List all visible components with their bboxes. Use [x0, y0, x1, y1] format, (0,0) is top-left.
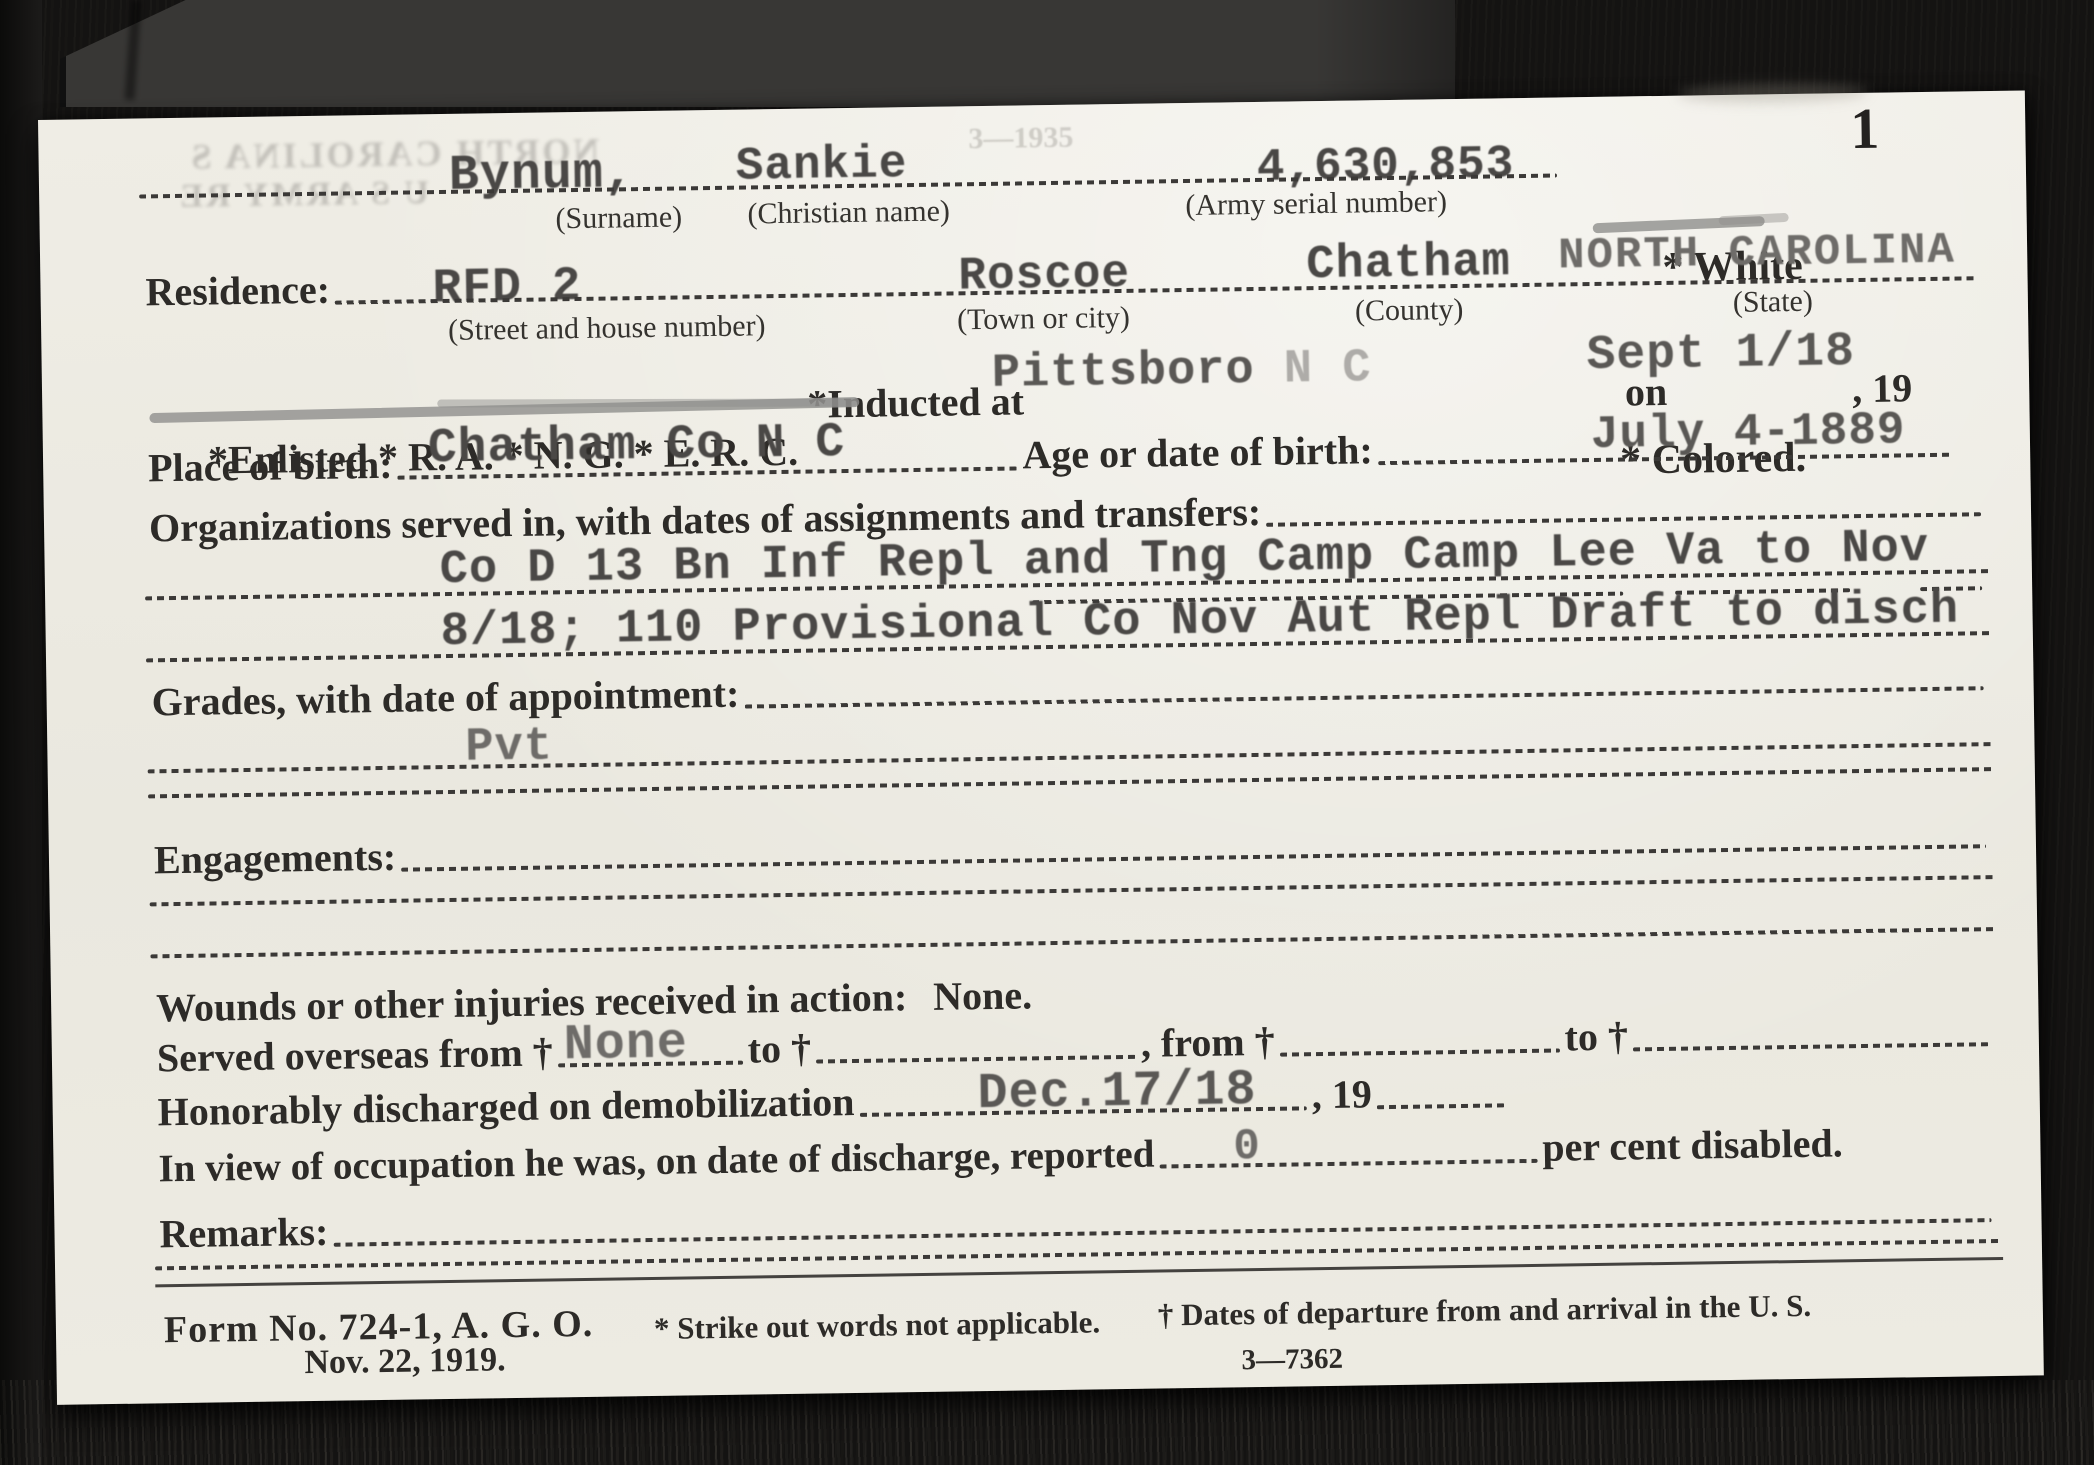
binder-left-edge — [0, 0, 42, 1465]
birthdate-line — [1378, 453, 1950, 465]
engagements-label: Engagements: — [154, 833, 397, 884]
faint-print-code-ghost: 3—1935 — [968, 121, 1073, 157]
print-code: 3—7362 — [1241, 1343, 1343, 1378]
overseas-label: Served overseas from † — [157, 1028, 553, 1081]
street-caption: (Street and house number) — [448, 309, 766, 348]
engagements-rule-2 — [150, 927, 1995, 958]
enlistment-strike-line2 — [437, 398, 857, 407]
wounds-value: None. — [933, 971, 1033, 1019]
form-date: Nov. 22, 1919. — [304, 1341, 506, 1382]
wounds-label: Wounds or other injuries received in act… — [156, 973, 908, 1031]
county-caption: (County) — [1355, 293, 1464, 329]
engagements-rule-1 — [150, 875, 1995, 906]
overseas-to2-label: to † — [1564, 1013, 1628, 1061]
disability-line — [1160, 1159, 1538, 1169]
discharge-date-line — [860, 1106, 1307, 1117]
overseas-from2-line — [1280, 1049, 1560, 1057]
surname-caption: (Surname) — [555, 200, 682, 236]
birthplace-label: Place of birth: — [148, 441, 393, 492]
engagements-line — [401, 844, 1986, 872]
birthdate-label: Age or date of birth: — [1022, 426, 1373, 478]
white-strike-tail — [1718, 213, 1788, 225]
discharge-year-line — [1377, 1103, 1505, 1109]
grades-label: Grades, with date of appointment: — [151, 670, 739, 726]
surname-value: Bynum, — [448, 145, 635, 205]
card-behind-edge — [60, 0, 1455, 107]
engagements-row: Engagements: — [154, 809, 1991, 883]
disability-suffix: per cent disabled. — [1542, 1119, 1843, 1170]
town-caption: (Town or city) — [957, 301, 1130, 338]
state-caption: (State) — [1733, 285, 1813, 320]
disability-label: In view of occupation he was, on date of… — [158, 1132, 1154, 1192]
overseas-from2-label: , from † — [1141, 1018, 1275, 1067]
remarks-label: Remarks: — [159, 1208, 329, 1257]
page-number: 1 — [1850, 95, 1880, 162]
discharge-year-label: , 19 — [1311, 1070, 1372, 1118]
discharge-label: Honorably discharged on demobilization — [157, 1078, 854, 1135]
grades-row: Grades, with date of appointment: — [151, 651, 1988, 725]
discharge-row: Honorably discharged on demobilization ,… — [157, 1068, 1510, 1135]
christian-name-caption: (Christian name) — [747, 194, 950, 231]
residence-label: Residence: — [145, 266, 330, 316]
overseas-from1-line — [558, 1061, 743, 1068]
grades-rule-2 — [148, 767, 1993, 798]
overseas-to1-label: to † — [747, 1025, 811, 1073]
grades-rule-1 — [148, 742, 1993, 773]
overseas-to1-line — [816, 1055, 1136, 1064]
grades-line — [745, 686, 1984, 708]
service-record-card: NORTH CAROLINA S U S ARMY RE 3—1935 1 By… — [38, 91, 2044, 1405]
birthplace-line — [398, 467, 1018, 480]
strike-out-note: * Strike out words not applicable. — [654, 1304, 1101, 1347]
overseas-to2-line — [1633, 1042, 1989, 1051]
departure-dates-note: † Dates of departure from and arrival in… — [1158, 1288, 1812, 1334]
serial-caption: (Army serial number) — [1185, 185, 1447, 223]
